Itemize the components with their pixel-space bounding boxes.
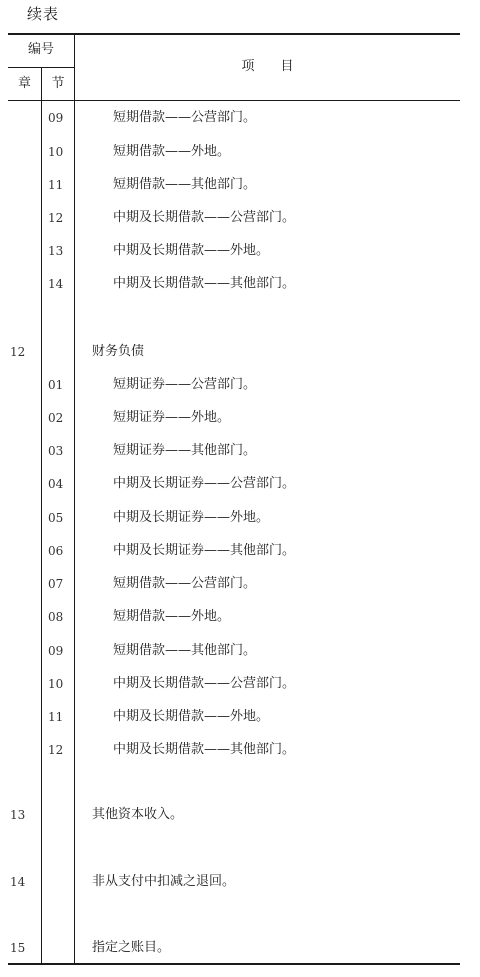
section-number: 01 (48, 377, 70, 393)
section-item-text: 中期及长期证券——外地。 (113, 510, 269, 526)
section-number: 11 (48, 709, 70, 725)
chapter-item-text: 其他资本收入。 (92, 807, 183, 823)
section-number: 02 (48, 410, 70, 426)
header-bottom-border (8, 100, 460, 101)
section-item-text: 短期证券——其他部门。 (113, 443, 256, 459)
section-number: 12 (48, 742, 70, 758)
section-item-text: 中期及长期借款——其他部门。 (113, 742, 295, 758)
section-item-text: 短期借款——其他部门。 (113, 643, 256, 659)
section-number: 10 (48, 144, 70, 160)
chapter-number: 14 (10, 874, 36, 890)
table-bottom-border (8, 963, 460, 965)
chapter-item-text: 非从支付中扣减之退回。 (92, 874, 235, 890)
chapter-number: 12 (10, 344, 36, 360)
section-number: 09 (48, 643, 70, 659)
section-item-text: 中期及长期借款——其他部门。 (113, 276, 295, 292)
table-top-border (8, 33, 460, 35)
section-item-text: 短期证券——公营部门。 (113, 377, 256, 393)
chapter-section-divider (41, 67, 42, 964)
section-item-text: 短期借款——其他部门。 (113, 177, 256, 193)
section-item-text: 中期及长期证券——其他部门。 (113, 543, 295, 559)
section-number: 06 (48, 543, 70, 559)
table-caption: 续表 (27, 4, 59, 24)
section-number: 13 (48, 243, 70, 259)
section-item-text: 中期及长期借款——公营部门。 (113, 210, 295, 226)
section-number: 14 (48, 276, 70, 292)
header-section: 节 (42, 76, 74, 92)
chapter-number: 13 (10, 807, 36, 823)
chapter-item-text: 财务负债 (92, 344, 144, 360)
section-item-text: 短期借款——外地。 (113, 144, 230, 160)
section-number: 07 (48, 576, 70, 592)
section-number: 11 (48, 177, 70, 193)
section-item-text: 中期及长期借款——公营部门。 (113, 676, 295, 692)
section-item-text: 短期证券——外地。 (113, 410, 230, 426)
section-item-text: 中期及长期借款——外地。 (113, 709, 269, 725)
chapter-item-text: 指定之账目。 (92, 940, 170, 956)
section-item-text: 短期借款——公营部门。 (113, 576, 256, 592)
section-number: 04 (48, 476, 70, 492)
section-number: 03 (48, 443, 70, 459)
section-number: 09 (48, 110, 70, 126)
section-number: 08 (48, 609, 70, 625)
section-item-text: 中期及长期借款——外地。 (113, 243, 269, 259)
header-item: 项 目 (75, 59, 460, 75)
header-chapter: 章 (8, 76, 41, 92)
header-code: 编号 (8, 42, 74, 58)
section-item-text: 中期及长期证券——公营部门。 (113, 476, 295, 492)
code-item-divider (74, 34, 75, 964)
section-number: 05 (48, 510, 70, 526)
section-item-text: 短期借款——外地。 (113, 609, 230, 625)
section-number: 12 (48, 210, 70, 226)
section-item-text: 短期借款——公营部门。 (113, 110, 256, 126)
chapter-number: 15 (10, 940, 36, 956)
section-number: 10 (48, 676, 70, 692)
